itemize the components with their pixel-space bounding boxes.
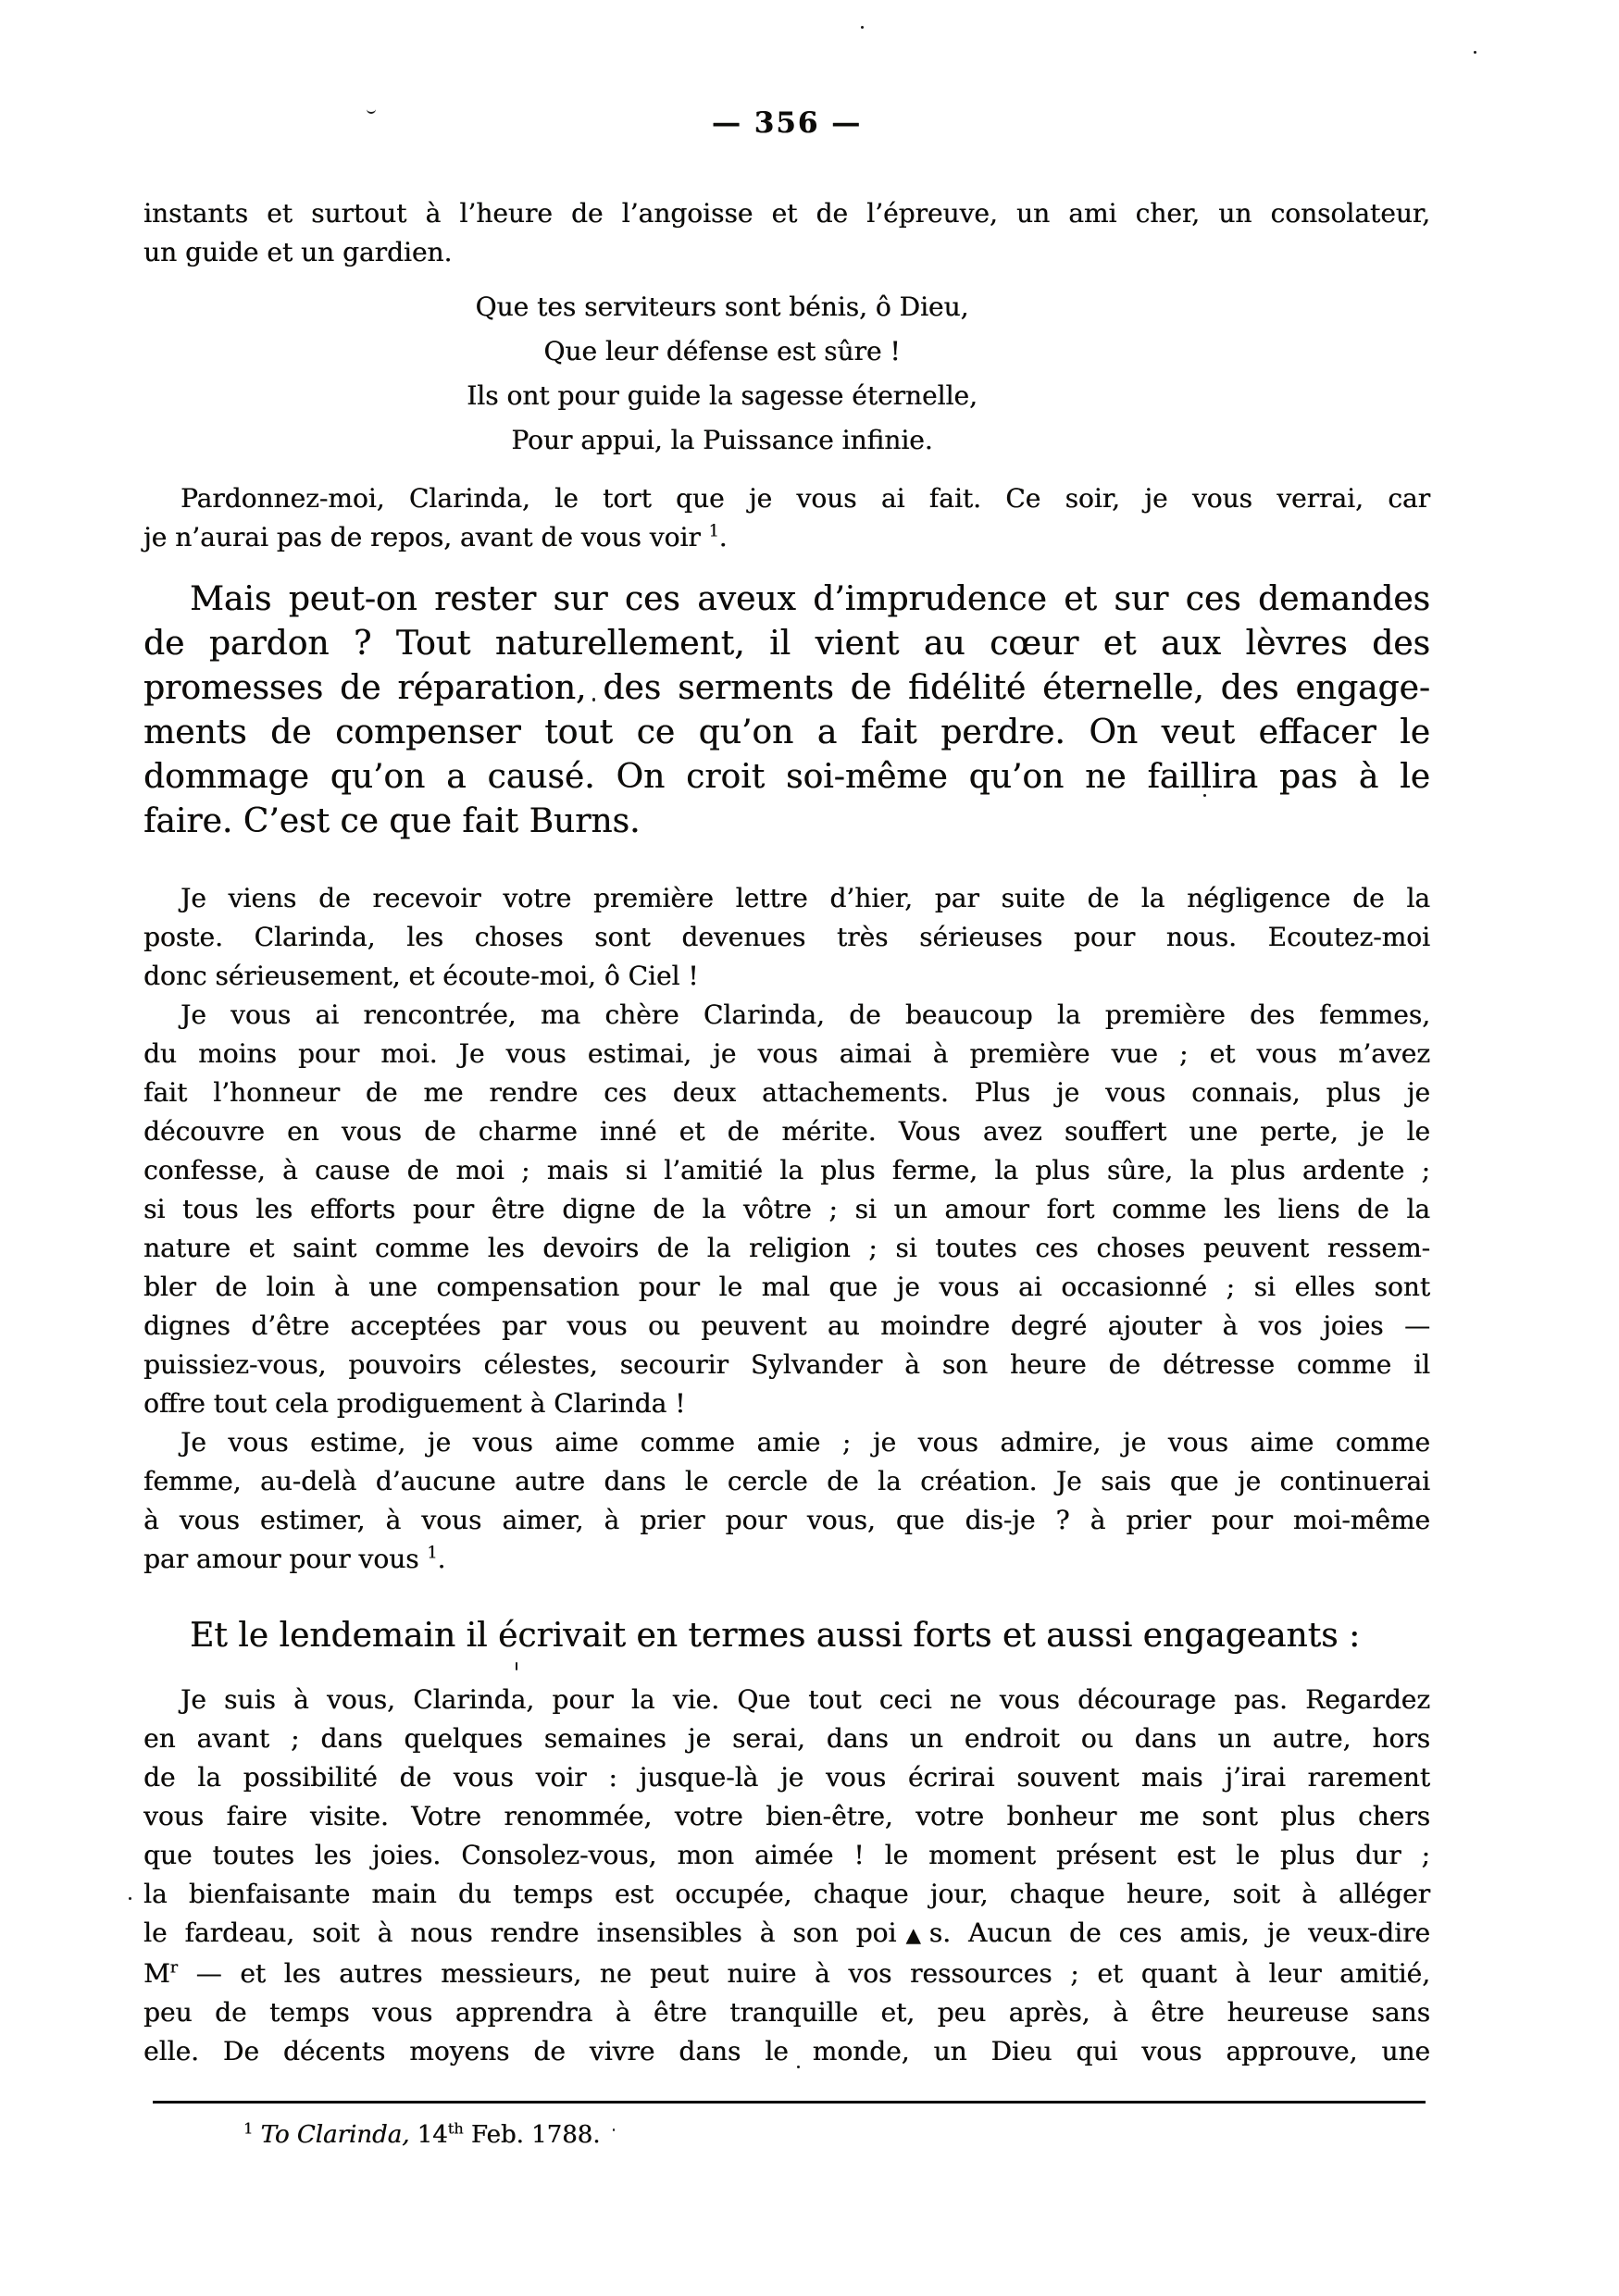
text-segment: — et les autres messieurs, ne peut nuire… [178, 1958, 1430, 1989]
text-segment: ments de compenser tout ce qu’on a fait … [143, 714, 1430, 751]
text-line: dignes d’être acceptées par vous ou peuv… [143, 1307, 1430, 1346]
letter-excerpt-1: Je viens de recevoir votre première lett… [143, 879, 1430, 1579]
text-segment: bler de loin à une compensation pour le … [143, 1272, 1430, 1302]
text-line: instants et surtout à l’heure de l’angoi… [143, 194, 1430, 233]
text-segment: en avant ; dans quelques semaines je ser… [143, 1723, 1430, 1754]
book-page: — 356 —instants et surtout à l’heure de … [0, 0, 1619, 2296]
text-segment: vous faire visite. Votre renommée, votre… [143, 1801, 1430, 1831]
text-line: Mr — et les autres messieurs, ne peut nu… [143, 1955, 1430, 1993]
text-line: en avant ; dans quelques semaines je ser… [143, 1719, 1430, 1758]
text-segment: peu de temps vous apprendra à être tranq… [143, 1997, 1430, 2028]
text-line: à vous estimer, à vous aimer, à prier po… [143, 1501, 1430, 1540]
text-segment: Je viens de recevoir votre première lett… [181, 883, 1430, 913]
text-line: confesse, à cause de moi ; mais si l’ami… [143, 1151, 1430, 1190]
text-line: bler de loin à une compensation pour le … [143, 1268, 1430, 1307]
text-segment: offre tout cela prodiguement à Clarinda … [143, 1388, 685, 1419]
page-number: — 356 — [143, 104, 1430, 143]
text-segment: Je vous estime, je vous aime comme amie … [181, 1427, 1430, 1458]
text-line: Je suis à vous, Clarinda, pour la vie. Q… [143, 1681, 1430, 1719]
text-segment [253, 2121, 260, 2149]
text-line: offre tout cela prodiguement à Clarinda … [143, 1384, 1430, 1423]
scan-speck [613, 2128, 615, 2131]
text-line: par amour pour vous 1. [143, 1540, 1430, 1579]
text-line: Et le lendemain il écrivait en termes au… [143, 1614, 1430, 1658]
text-line: ments de compenser tout ce qu’on a fait … [143, 711, 1430, 755]
text-segment: Pardonnez-moi, Clarinda, le tort que je … [181, 483, 1430, 514]
text-line: Pour appui, la Puissance infinie. [143, 418, 1301, 463]
scan-speck [797, 2066, 800, 2068]
text-segment: 14 [409, 2121, 447, 2149]
scan-speck [592, 698, 595, 701]
text-segment: Pour appui, la Puissance infinie. [511, 425, 932, 455]
text-segment: Que leur défense est sûre ! [543, 336, 900, 366]
text-segment: de pardon ? Tout naturellement, il vient… [143, 625, 1430, 663]
text-line: Ils ont pour guide la sagesse éternelle, [143, 374, 1301, 418]
text-segment: elle. De décents moyens de vivre dans le… [143, 2036, 1430, 2066]
opening-paragraph: instants et surtout à l’heure de l’angoi… [143, 194, 1430, 272]
superscript-mark: r [170, 1959, 178, 1978]
text-segment: Je suis à vous, Clarinda, pour la vie. Q… [181, 1684, 1430, 1715]
text-line: puissiez-vous, pouvoirs célestes, secour… [143, 1346, 1430, 1384]
scan-speck [861, 26, 864, 29]
text-segment: par amour pour vous [143, 1544, 427, 1574]
text-line: la bienfaisante main du temps est occupé… [143, 1875, 1430, 1914]
text-line: nature et saint comme les devoirs de la … [143, 1229, 1430, 1268]
text-segment: découvre en vous de charme inné et de mé… [143, 1116, 1430, 1147]
text-line: peu de temps vous apprendra à être tranq… [143, 1993, 1430, 2032]
footnote-rule [153, 2101, 1426, 2104]
text-segment: donc sérieusement, et écoute-moi, ô Ciel… [143, 961, 699, 991]
text-line: elle. De décents moyens de vivre dans le… [143, 2032, 1430, 2071]
text-segment: ▲ [896, 1924, 928, 1946]
text-line: le fardeau, soit à nous rendre insensibl… [143, 1914, 1430, 1955]
text-line: Je vous ai rencontrée, ma chère Clarinda… [143, 996, 1430, 1035]
text-line: un guide et un gardien. [143, 233, 1430, 272]
text-column: — 356 —instants et surtout à l’heure de … [143, 0, 1430, 2153]
text-line: fait l’honneur de me rendre ces deux att… [143, 1074, 1430, 1112]
text-line: que toutes les joies. Consolez-vous, mon… [143, 1836, 1430, 1875]
text-segment: du moins pour moi. Je vous estimai, je v… [143, 1038, 1430, 1069]
scan-speck [1203, 794, 1206, 797]
text-line: je n’aurai pas de repos, avant de vous v… [143, 518, 1430, 557]
footnote: 1 To Clarinda, 14th Feb. 1788. [143, 2116, 1430, 2153]
text-line: du moins pour moi. Je vous estimai, je v… [143, 1035, 1430, 1074]
text-line: vous faire visite. Votre renommée, votre… [143, 1797, 1430, 1836]
text-line: dommage qu’on a causé. On croit soi-même… [143, 755, 1430, 800]
scan-speck [1474, 51, 1476, 54]
text-segment: faire. C’est ce que fait Burns. [143, 802, 640, 840]
text-line: faire. C’est ce que fait Burns. [143, 800, 1430, 844]
text-segment: dignes d’être acceptées par vous ou peuv… [143, 1310, 1430, 1341]
text-line: Je vous estime, je vous aime comme amie … [143, 1423, 1430, 1462]
text-segment: Et le lendemain il écrivait en termes au… [190, 1617, 1360, 1655]
text-line: Mais peut-on rester sur ces aveux d’impr… [143, 577, 1430, 622]
text-line: — 356 — [143, 104, 1430, 143]
text-segment: femme, au-delà d’aucune autre dans le ce… [143, 1466, 1430, 1496]
letter-excerpt-2: Je suis à vous, Clarinda, pour la vie. Q… [143, 1681, 1430, 2071]
text-line: femme, au-delà d’aucune autre dans le ce… [143, 1462, 1430, 1501]
text-segment: s. Aucun de ces amis, je veux-dire [929, 1917, 1430, 1948]
text-segment: M [143, 1958, 170, 1989]
text-segment: puissiez-vous, pouvoirs célestes, secour… [143, 1349, 1430, 1380]
text-segment: — 356 — [712, 106, 862, 140]
verse-quote: Que tes serviteurs sont bénis, ô Dieu,Qu… [143, 285, 1430, 463]
text-segment: Feb. 1788. [464, 2121, 601, 2149]
text-segment: Mais peut-on rester sur ces aveux d’impr… [190, 580, 1430, 618]
text-segment: un guide et un gardien. [143, 237, 452, 267]
superscript-mark: 1 [709, 523, 719, 541]
transition-line: Et le lendemain il écrivait en termes au… [143, 1614, 1430, 1658]
text-line: poste. Clarinda, les choses sont devenue… [143, 918, 1430, 957]
commentary-paragraph: Mais peut-on rester sur ces aveux d’impr… [143, 577, 1430, 844]
text-line: Pardonnez-moi, Clarinda, le tort que je … [143, 479, 1430, 518]
text-segment: la bienfaisante main du temps est occupé… [143, 1879, 1430, 1909]
text-segment: . [719, 522, 728, 552]
text-segment: que toutes les joies. Consolez-vous, mon… [143, 1840, 1430, 1870]
text-segment: To Clarinda, [261, 2121, 410, 2149]
text-segment: fait l’honneur de me rendre ces deux att… [143, 1077, 1430, 1108]
superscript-mark: th [448, 2119, 464, 2137]
text-line: donc sérieusement, et écoute-moi, ô Ciel… [143, 957, 1430, 996]
text-segment: instants et surtout à l’heure de l’angoi… [143, 198, 1430, 229]
scan-speck [129, 1897, 131, 1900]
text-line: découvre en vous de charme inné et de mé… [143, 1112, 1430, 1151]
text-segment: poste. Clarinda, les choses sont devenue… [143, 922, 1430, 952]
text-line: Que leur défense est sûre ! [143, 329, 1301, 374]
text-segment: nature et saint comme les devoirs de la … [143, 1233, 1430, 1263]
text-line: si tous les efforts pour être digne de l… [143, 1190, 1430, 1229]
text-segment: promesses de réparation, des serments de… [143, 669, 1430, 707]
text-line: Que tes serviteurs sont bénis, ô Dieu, [143, 285, 1301, 329]
text-segment: je n’aurai pas de repos, avant de vous v… [143, 522, 709, 552]
text-line: de pardon ? Tout naturellement, il vient… [143, 622, 1430, 666]
text-line: 1 To Clarinda, 14th Feb. 1788. [243, 2116, 1430, 2153]
pardon-paragraph: Pardonnez-moi, Clarinda, le tort que je … [143, 479, 1430, 557]
text-segment: Que tes serviteurs sont bénis, ô Dieu, [476, 292, 969, 322]
text-line: promesses de réparation, des serments de… [143, 666, 1430, 711]
text-segment: le fardeau, soit à nous rendre insensibl… [143, 1917, 896, 1948]
text-segment: si tous les efforts pour être digne de l… [143, 1194, 1430, 1224]
text-segment: Je vous ai rencontrée, ma chère Clarinda… [181, 999, 1430, 1030]
text-segment: confesse, à cause de moi ; mais si l’ami… [143, 1155, 1430, 1185]
text-segment: Ils ont pour guide la sagesse éternelle, [467, 380, 978, 411]
superscript-mark: 1 [243, 2119, 253, 2137]
text-segment: de la possibilité de vous voir : jusque-… [143, 1762, 1430, 1793]
text-segment: dommage qu’on a causé. On croit soi-même… [143, 758, 1430, 796]
text-segment: à vous estimer, à vous aimer, à prier po… [143, 1505, 1430, 1535]
text-line: de la possibilité de vous voir : jusque-… [143, 1758, 1430, 1797]
scan-speck [516, 1662, 517, 1670]
text-line: Je viens de recevoir votre première lett… [143, 879, 1430, 918]
text-segment: . [437, 1544, 445, 1574]
superscript-mark: 1 [427, 1545, 437, 1563]
